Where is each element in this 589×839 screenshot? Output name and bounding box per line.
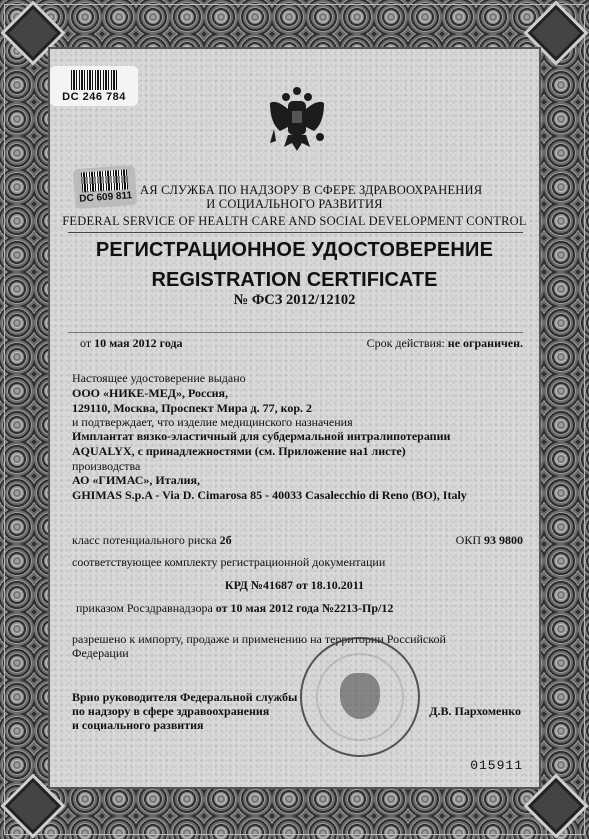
- permitted-line2: Федерации: [72, 646, 129, 661]
- risk-class: класс потенциального риска 2б: [72, 533, 232, 548]
- serial-number: 015911: [470, 758, 523, 773]
- signatory-position-line3: и социального развития: [72, 718, 204, 733]
- signatory-position-line2: по надзору в сфере здравоохранения: [72, 704, 269, 719]
- seal-emblem-icon: [340, 673, 380, 719]
- signatory-position-line1: Врио руководителя Федеральной службы: [72, 690, 297, 705]
- conforms-text: соответствующее комплекту регистрационно…: [72, 555, 385, 570]
- issue-date: от 10 мая 2012 года: [80, 336, 183, 351]
- certificate-page: DC 246 784 АЯ СЛУЖБА ПО НАДЗОРУ В СФЕРЕ …: [48, 47, 541, 789]
- certificate-number: № ФСЗ 2012/12102: [50, 292, 539, 309]
- okp-code: ОКП 93 9800: [456, 533, 523, 548]
- barcode-number: DC 246 784: [50, 91, 138, 103]
- order-reference: приказом Росздравнадзора от 10 мая 2012 …: [76, 601, 393, 616]
- agency-name-ru-line1: АЯ СЛУЖБА ПО НАДЗОРУ В СФЕРЕ ЗДРАВООХРАН…: [140, 183, 530, 198]
- divider: [68, 332, 523, 333]
- manufacturer-label: производства: [72, 459, 140, 474]
- barcode-icon: [71, 70, 117, 90]
- validity: Срок действия: не ограничен.: [367, 336, 523, 351]
- issued-to-label: Настоящее удостоверение выдано: [72, 371, 246, 386]
- manufacturer-name: АО «ГИМАС», Италия,: [72, 473, 200, 488]
- agency-name-en: FEDERAL SERVICE OF HEALTH CARE AND SOCIA…: [50, 214, 539, 229]
- barcode-sticker-top: DC 246 784: [50, 66, 138, 106]
- manufacturer-address: GHIMAS S.p.A - Via D. Cimarosa 85 - 4003…: [72, 488, 467, 503]
- barcode-icon: [81, 169, 128, 192]
- product-line2: AQUALYX, с принадлежностями (см. Приложе…: [72, 444, 406, 459]
- signatory-name: Д.В. Пархоменко: [429, 704, 521, 719]
- barcode-sticker-overlay: DC 609 811: [73, 165, 138, 209]
- confirms-text: и подтверждает, что изделие медицинского…: [72, 415, 353, 430]
- krd-reference: КРД №41687 от 18.10.2011: [50, 578, 539, 593]
- title-ru: РЕГИСТРАЦИОННОЕ УДОСТОВЕРЕНИЕ: [50, 239, 539, 262]
- holder-address: 129110, Москва, Проспект Мира д. 77, кор…: [72, 401, 312, 416]
- double-headed-eagle-emblem-icon: [266, 85, 328, 153]
- divider: [68, 232, 523, 233]
- holder-name: ООО «НИКЕ-МЕД», Россия,: [72, 386, 228, 401]
- title-en: REGISTRATION CERTIFICATE: [50, 269, 539, 292]
- product-line1: Имплантат вязко-эластичный для субдермал…: [72, 429, 450, 444]
- official-seal-stamp: [300, 637, 420, 757]
